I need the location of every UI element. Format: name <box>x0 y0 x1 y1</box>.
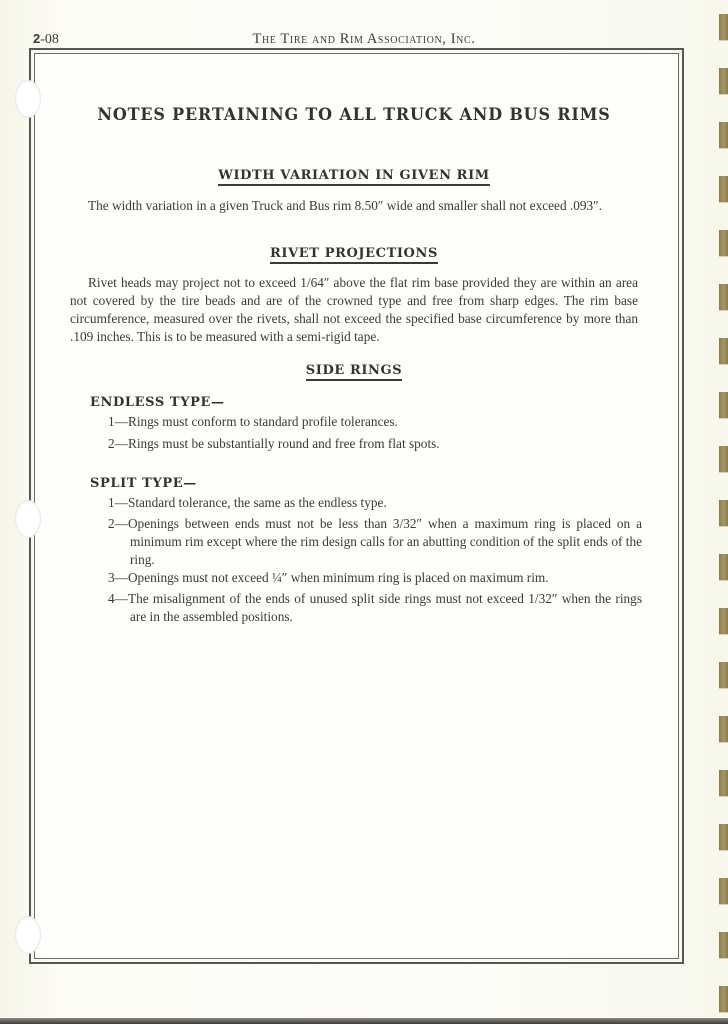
index-tab <box>719 338 728 365</box>
index-tab <box>719 446 728 473</box>
paragraph-width-variation: The width variation in a given Truck and… <box>70 197 638 215</box>
index-tab <box>719 122 728 149</box>
section-heading-text: WIDTH VARIATION IN GIVEN RIM <box>218 168 490 186</box>
index-tab <box>719 500 728 527</box>
index-tab <box>719 824 728 851</box>
index-tab <box>719 770 728 797</box>
subheading-endless-type: ENDLESS TYPE— <box>90 395 225 410</box>
index-tab <box>719 230 728 257</box>
punch-hole-top <box>15 80 41 118</box>
index-tab <box>719 392 728 419</box>
index-tab <box>719 878 728 905</box>
document-title: NOTES PERTAINING TO ALL TRUCK AND BUS RI… <box>87 105 621 125</box>
index-tab <box>719 284 728 311</box>
running-head: 2-08 The Tire and Rim Association, Inc. <box>0 30 728 48</box>
paragraph-rivet-projections: Rivet heads may project not to exceed 1/… <box>70 274 638 346</box>
index-tab <box>719 986 728 1013</box>
page-bottom-edge <box>0 1018 728 1024</box>
index-tab <box>719 932 728 959</box>
index-tab <box>719 14 728 41</box>
list-item: 2—Openings between ends must not be less… <box>108 515 642 569</box>
section-heading-side-rings: SIDE RINGS <box>70 363 638 378</box>
index-tab <box>719 554 728 581</box>
index-tab <box>719 176 728 203</box>
index-tab <box>719 68 728 95</box>
list-item: 4—The misalignment of the ends of unused… <box>108 590 642 626</box>
punch-hole-bottom <box>15 916 41 954</box>
list-item: 1—Standard tolerance, the same as the en… <box>108 494 642 512</box>
list-item: 2—Rings must be substantially round and … <box>108 435 642 453</box>
index-tab-strip <box>716 0 728 1018</box>
list-item: 3—Openings must not exceed ¼″ when minim… <box>108 569 642 587</box>
section-heading-width-variation: WIDTH VARIATION IN GIVEN RIM <box>70 168 638 183</box>
index-tab <box>719 662 728 689</box>
running-title: The Tire and Rim Association, Inc. <box>0 31 728 48</box>
punch-hole-middle <box>15 500 41 538</box>
list-item: 1—Rings must conform to standard profile… <box>108 413 642 431</box>
index-tab <box>719 608 728 635</box>
section-heading-text: RIVET PROJECTIONS <box>270 246 438 264</box>
section-heading-text: SIDE RINGS <box>306 363 402 381</box>
index-tab <box>719 716 728 743</box>
section-heading-rivet-projections: RIVET PROJECTIONS <box>70 246 638 261</box>
subheading-split-type: SPLIT TYPE— <box>90 476 197 491</box>
